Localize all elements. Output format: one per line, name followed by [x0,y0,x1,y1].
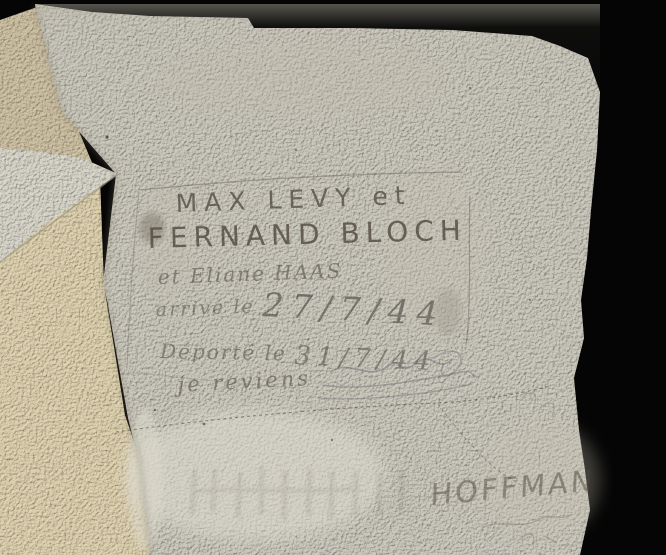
inscription-line5-prefix: Déporté le [159,339,287,365]
plaster-fragment-scene: MAX LEVY et FERNAND BLOCH et Eliane HAAS… [0,0,666,555]
inscription-line4-prefix: arrivé le [155,296,255,321]
artifact-photo: MAX LEVY et FERNAND BLOCH et Eliane HAAS… [0,0,666,555]
